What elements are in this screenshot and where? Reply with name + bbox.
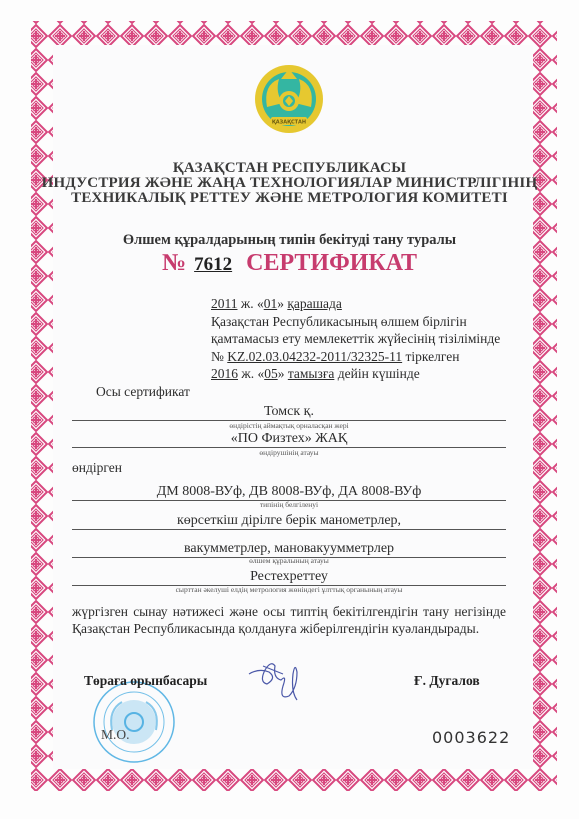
field-type-value: ДМ 8008-ВУф, ДВ 8008-ВУф, ДА 8008-ВУф — [72, 484, 506, 500]
issue-date: 2011 ж. «01» қарашада — [211, 295, 500, 313]
serial-number: 0003622 — [432, 728, 510, 747]
field-location-value: Томск қ. — [72, 404, 506, 420]
field-manufacturer-caption: өндірушінің атауы — [72, 448, 506, 457]
registry-line-2: қамтамасыз ету мемлекеттік жүйесінің тіз… — [211, 330, 500, 348]
certificate-title-row: №7612СЕРТИФИКАТ — [0, 250, 579, 277]
field-instrument-caption: өлшем құралының атауы — [72, 556, 506, 565]
valid-until: 2016 ж. «05» тамызға дейін күшінде — [211, 365, 500, 383]
conclusion-text: жүргізген сынау нәтижесі және осы типтің… — [72, 603, 506, 637]
field-type-caption: типінің белгіленуі — [72, 500, 506, 509]
field-authority-caption: сырттан әкелуші елдің метрология жөнінде… — [72, 585, 506, 594]
certificate-number: 7612 — [194, 254, 232, 275]
emblem-caption: ҚАЗАҚСТАН — [272, 120, 306, 126]
field-instrument-line-1 — [72, 529, 506, 530]
issuer-committee: ТЕХНИКАЛЫҚ РЕТТЕУ ЖӘНЕ МЕТРОЛОГИЯ КОМИТЕ… — [0, 190, 579, 207]
field-manufacturer-value: «ПО Физтех» ЖАҚ — [72, 431, 506, 447]
certificate-subtitle: Өлшем құралдарының типін бекітуді тану т… — [0, 232, 579, 249]
registry-line-1: Қазақстан Республикасының өлшем бірлігін — [211, 313, 500, 331]
signature-icon — [243, 652, 313, 708]
registration-block: 2011 ж. «01» қарашада Қазақстан Республи… — [211, 295, 500, 383]
official-seal-icon — [92, 680, 176, 764]
field-instrument-value-2: вакумметрлер, мановакуумметрлер — [72, 541, 506, 557]
certificate-title: СЕРТИФИКАТ — [246, 250, 417, 276]
number-sign: № — [162, 250, 186, 276]
signer-name: Ғ. Дугалов — [414, 673, 480, 689]
registry-number: № KZ.02.03.04232-2011/32325-11 тіркелген — [211, 348, 500, 366]
field-instrument-value-1: көрсеткіш дірілге берік манометрлер, — [72, 513, 506, 529]
signer-title: Төраға орынбасары — [84, 673, 207, 689]
seal-place-label: М.О. — [101, 727, 130, 743]
state-emblem-icon: ҚАЗАҚСТАН — [253, 63, 325, 135]
field-authority-value: Рестехреттеу — [72, 569, 506, 585]
field-location-caption: өндірістің аймақтық орналасқан жері — [72, 421, 506, 430]
produced-label: өндірген — [72, 460, 122, 476]
intro-text: Осы сертификат — [96, 384, 190, 400]
